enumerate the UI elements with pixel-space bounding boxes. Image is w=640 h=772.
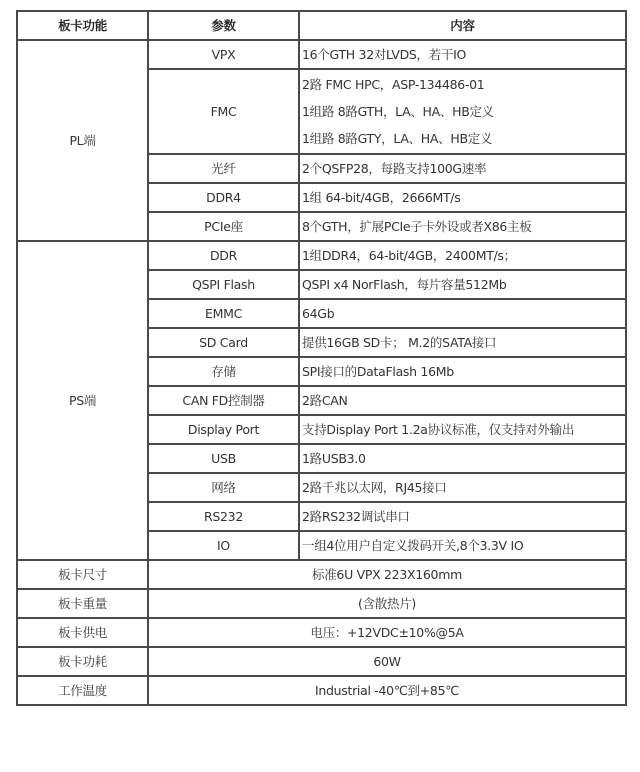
content-cell: 1组DDR4，64-bit/4GB，2400MT/s； bbox=[299, 241, 626, 270]
param-cell: SD Card bbox=[148, 328, 299, 357]
param-cell: QSPI Flash bbox=[148, 270, 299, 299]
group-label-ps: PS端 bbox=[17, 241, 148, 560]
summary-label: 板卡功耗 bbox=[17, 647, 148, 676]
content-cell: 1路USB3.0 bbox=[299, 444, 626, 473]
summary-label: 板卡供电 bbox=[17, 618, 148, 647]
summary-label: 板卡尺寸 bbox=[17, 560, 148, 589]
param-cell: DDR bbox=[148, 241, 299, 270]
spec-table: 板卡功能 参数 内容 PL端 VPX 16个GTH 32对LVDS，若干IO F… bbox=[16, 10, 627, 706]
param-cell: RS232 bbox=[148, 502, 299, 531]
param-cell: VPX bbox=[148, 40, 299, 69]
content-cell: 2个QSFP28，每路支持100G速率 bbox=[299, 154, 626, 183]
param-cell: Display Port bbox=[148, 415, 299, 444]
summary-value: (含散热片) bbox=[148, 589, 626, 618]
content-cell: 1组 64-bit/4GB，2666MT/s bbox=[299, 183, 626, 212]
summary-value: 60W bbox=[148, 647, 626, 676]
content-cell: 支持Display Port 1.2a协议标准，仅支持对外输出 bbox=[299, 415, 626, 444]
param-cell: FMC bbox=[148, 69, 299, 154]
param-cell: IO bbox=[148, 531, 299, 560]
group-label-pl: PL端 bbox=[17, 40, 148, 241]
summary-value: 标准6U VPX 223X160mm bbox=[148, 560, 626, 589]
content-line: 1组路 8路GTH，LA、HA、HB定义 bbox=[302, 98, 623, 125]
content-cell: 16个GTH 32对LVDS，若干IO bbox=[299, 40, 626, 69]
summary-row: 工作温度 Industrial -40℃到+85℃ bbox=[17, 676, 626, 705]
header-content: 内容 bbox=[299, 11, 626, 40]
summary-row: 板卡功耗 60W bbox=[17, 647, 626, 676]
param-cell: DDR4 bbox=[148, 183, 299, 212]
header-function: 板卡功能 bbox=[17, 11, 148, 40]
content-line: 1组路 8路GTY，LA、HA、HB定义 bbox=[302, 125, 623, 152]
content-cell: 2路千兆以太网，RJ45接口 bbox=[299, 473, 626, 502]
content-cell: 64Gb bbox=[299, 299, 626, 328]
summary-value: 电压：+12VDC±10%@5A bbox=[148, 618, 626, 647]
table-row: PS端 DDR 1组DDR4，64-bit/4GB，2400MT/s； bbox=[17, 241, 626, 270]
content-cell: 2路 FMC HPC，ASP-134486-01 1组路 8路GTH，LA、HA… bbox=[299, 69, 626, 154]
header-row: 板卡功能 参数 内容 bbox=[17, 11, 626, 40]
summary-row: 板卡重量 (含散热片) bbox=[17, 589, 626, 618]
summary-label: 工作温度 bbox=[17, 676, 148, 705]
param-cell: CAN FD控制器 bbox=[148, 386, 299, 415]
content-cell: 8个GTH，扩展PCIe子卡外设或者X86主板 bbox=[299, 212, 626, 241]
param-cell: EMMC bbox=[148, 299, 299, 328]
param-cell: 光纤 bbox=[148, 154, 299, 183]
param-cell: 网络 bbox=[148, 473, 299, 502]
content-cell: 2路RS232调试串口 bbox=[299, 502, 626, 531]
summary-label: 板卡重量 bbox=[17, 589, 148, 618]
content-cell: SPI接口的DataFlash 16Mb bbox=[299, 357, 626, 386]
table-row: PL端 VPX 16个GTH 32对LVDS，若干IO bbox=[17, 40, 626, 69]
summary-value: Industrial -40℃到+85℃ bbox=[148, 676, 626, 705]
param-cell: USB bbox=[148, 444, 299, 473]
content-cell: 提供16GB SD卡； M.2的SATA接口 bbox=[299, 328, 626, 357]
param-cell: 存储 bbox=[148, 357, 299, 386]
header-param: 参数 bbox=[148, 11, 299, 40]
summary-row: 板卡供电 电压：+12VDC±10%@5A bbox=[17, 618, 626, 647]
param-cell: PCIe座 bbox=[148, 212, 299, 241]
content-line: 2路 FMC HPC，ASP-134486-01 bbox=[302, 71, 623, 98]
content-cell: 2路CAN bbox=[299, 386, 626, 415]
content-cell: 一组4位用户自定义拨码开关,8个3.3V IO bbox=[299, 531, 626, 560]
summary-row: 板卡尺寸 标准6U VPX 223X160mm bbox=[17, 560, 626, 589]
content-cell: QSPI x4 NorFlash，每片容量512Mb bbox=[299, 270, 626, 299]
